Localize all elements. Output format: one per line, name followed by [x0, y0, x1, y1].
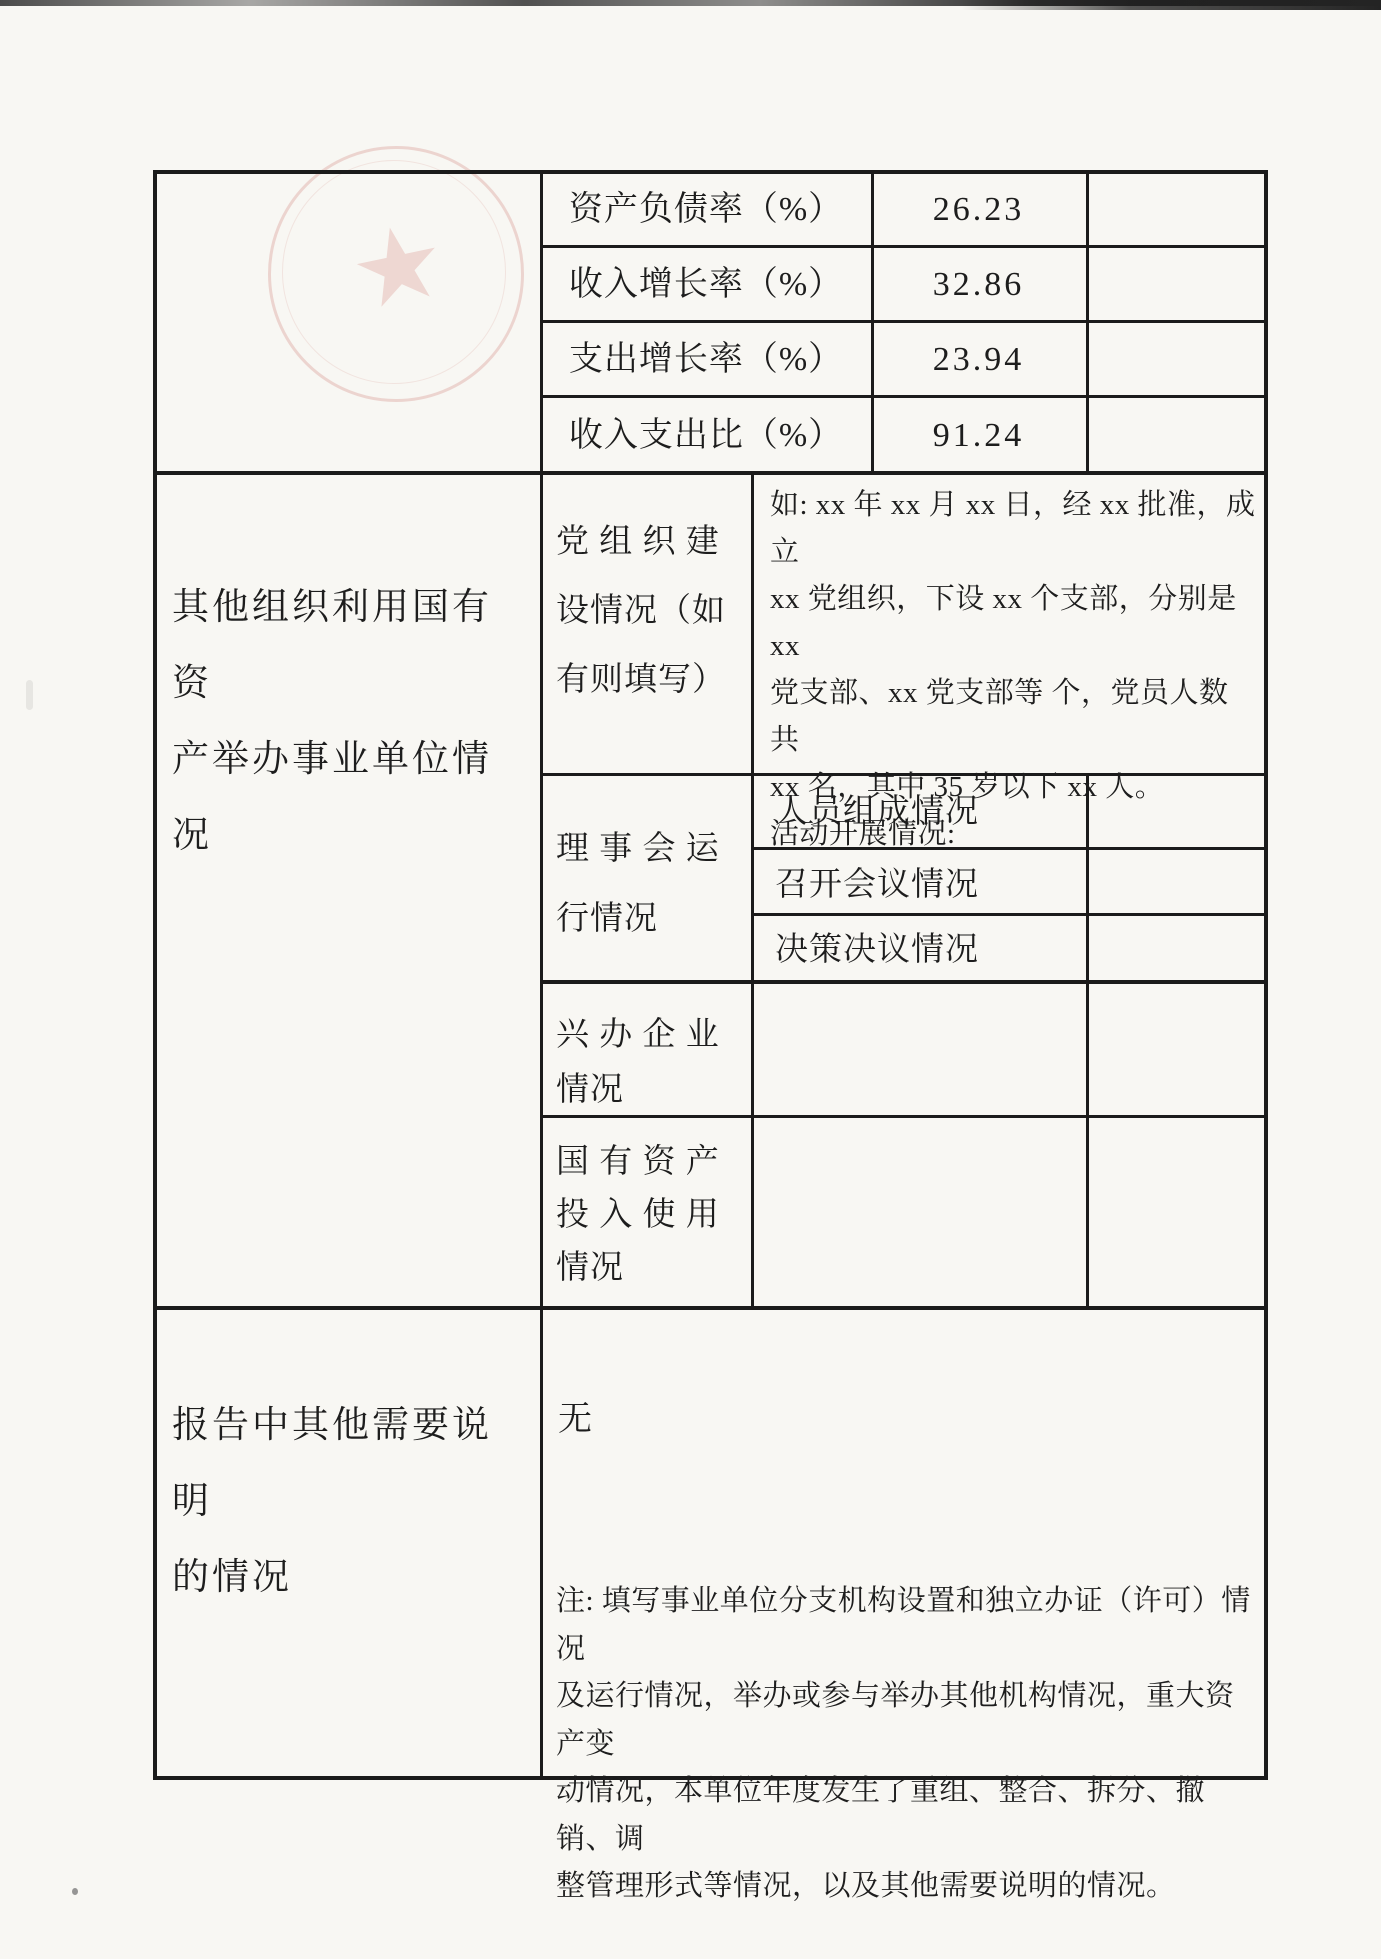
form-footnote: 注: 填写事业单位分支机构设置和独立办证（许可）情况 及运行情况，举办或参与举办…: [556, 1578, 1262, 1911]
row-header-other-notes-section: 报告中其他需要说明 的情况: [172, 1388, 530, 1616]
column-divider-2: [751, 471, 754, 1309]
metric-extra-cell: [1090, 411, 1262, 461]
row-divider: [540, 395, 1268, 398]
label-state-assets-investment-use: 国 有 资 产 投 入 使 用 情况: [556, 1136, 748, 1295]
metric-label-income-expense-ratio: 收入支出比（%）: [545, 411, 867, 461]
row-divider: [751, 913, 1268, 916]
metric-extra-cell: [1090, 335, 1262, 385]
column-divider-4: [1086, 170, 1089, 474]
label-party-organization-building: 党 组 织 建 设情况（如 有则填写）: [556, 508, 748, 715]
label-enterprise-establishment: 兴 办 企 业 情况: [556, 1008, 748, 1118]
table-border-left: [153, 170, 157, 1780]
label-meetings-held: 召开会议情况: [775, 862, 1075, 908]
section-divider: [153, 471, 1268, 475]
other-notes-content: 无: [558, 1396, 678, 1444]
metric-value-expense-growth-rate: 23.94: [874, 335, 1083, 385]
row-header-other-org-section: 其他组织利用国有资 产举办事业单位情况: [172, 570, 530, 874]
metric-label-asset-liability-ratio: 资产负债率（%）: [545, 185, 867, 235]
scan-smudge-artifact: [26, 680, 33, 710]
label-council-operation: 理 事 会 运 行情况: [556, 814, 748, 954]
seal-star-icon: ★: [327, 195, 469, 337]
metric-extra-cell: [1090, 260, 1262, 310]
table-border-top: [153, 170, 1268, 174]
column-divider-1: [540, 170, 543, 1780]
metric-value-income-expense-ratio: 91.24: [874, 411, 1083, 461]
scanned-report-page: ★ 资产负债率（%） 26.23 收入增长率（%） 32.86 支出增长率（%）…: [0, 0, 1381, 1959]
row-divider: [540, 320, 1268, 323]
scan-dot-artifact: [72, 1888, 78, 1895]
label-personnel-composition: 人员组成情况: [775, 789, 1075, 835]
row-divider: [540, 245, 1268, 248]
row-divider: [540, 980, 1268, 984]
metric-value-income-growth-rate: 32.86: [874, 260, 1083, 310]
table-border-right: [1264, 170, 1268, 1780]
scan-edge-artifact: [961, 0, 1381, 10]
metric-value-asset-liability-ratio: 26.23: [874, 185, 1083, 235]
section-divider: [153, 1306, 1268, 1310]
metric-extra-cell: [1090, 185, 1262, 235]
metric-label-expense-growth-rate: 支出增长率（%）: [545, 335, 867, 385]
label-decisions-resolutions: 决策决议情况: [775, 927, 1075, 973]
metric-label-income-growth-rate: 收入增长率（%）: [545, 260, 867, 310]
